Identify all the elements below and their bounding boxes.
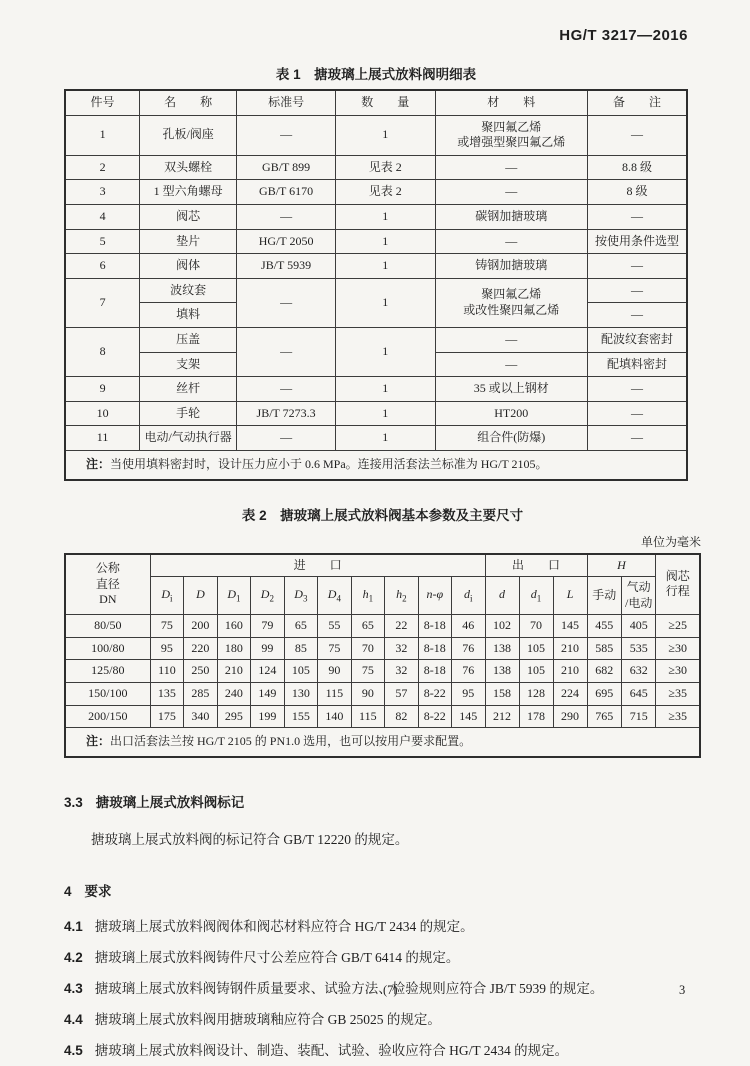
cell: 丝杆: [140, 377, 237, 402]
section-number: 3.3: [64, 795, 83, 810]
cell: 1: [65, 115, 140, 155]
column-header: 备 注: [587, 90, 687, 115]
cell: 支架: [140, 352, 237, 377]
table-row: 1 孔板/阀座 — 1 聚四氟乙烯 或增强型聚四氟乙烯 —: [65, 115, 687, 155]
cell: 8-18: [418, 660, 451, 683]
cell: 160: [217, 615, 250, 638]
dimensions-table: 公称 直径 DN 进 口 出 口 H 阀芯 行程 Di D D1 D2 D3 D…: [64, 553, 701, 758]
cell: 阀芯: [140, 204, 237, 229]
cell: —: [587, 254, 687, 279]
column-header: di: [452, 577, 485, 615]
cell: 1: [336, 327, 436, 376]
cell: 电动/气动执行器: [140, 426, 237, 451]
table-row: 125/80 110 250 210 124 105 90 75 32 8-18…: [65, 660, 700, 683]
cell: 200: [184, 615, 217, 638]
table-row: 80/50 75 200 160 79 65 55 65 22 8-18 46 …: [65, 615, 700, 638]
cell: 8: [65, 327, 140, 376]
table-row: 6 阀体 JB/T 5939 1 铸钢加搪玻璃 —: [65, 254, 687, 279]
table-row: 4 阀芯 — 1 碳钢加搪玻璃 —: [65, 204, 687, 229]
cell: —: [435, 180, 587, 205]
cell: 155: [284, 705, 317, 728]
cell: 138: [485, 660, 519, 683]
cell: 82: [385, 705, 418, 728]
note-text: 当使用填料密封时，设计压力应小于 0.6 MPa。连接用活套法兰标准为 HG/T…: [110, 457, 547, 471]
cell: HT200: [435, 401, 587, 426]
cell: 240: [217, 683, 250, 706]
column-header: 标准号: [237, 90, 336, 115]
cell: 125/80: [65, 660, 150, 683]
cell: 145: [553, 615, 587, 638]
cell: —: [237, 204, 336, 229]
section-number: 4: [64, 884, 72, 899]
column-header: D3: [284, 577, 317, 615]
clause-4-2: 4.2搪玻璃上展式放料阀铸件尺寸公差应符合 GB/T 6414 的规定。: [64, 948, 724, 969]
cell: 76: [452, 637, 485, 660]
cell: —: [587, 401, 687, 426]
table2-note: 注：出口活套法兰按 HG/T 2105 的 PN1.0 选用，也可以按用户要求配…: [65, 728, 700, 757]
cell: 285: [184, 683, 217, 706]
cell: 57: [385, 683, 418, 706]
note-label: 注：: [86, 457, 110, 471]
cell: 250: [184, 660, 217, 683]
cell: 孔板/阀座: [140, 115, 237, 155]
column-header: 数 量: [336, 90, 436, 115]
clause-number: 4.3: [64, 981, 83, 996]
cell: 158: [485, 683, 519, 706]
table-row: 2 双头螺栓 GB/T 899 见表 2 — 8.8 级: [65, 155, 687, 180]
cell: 铸钢加搪玻璃: [435, 254, 587, 279]
cell: 210: [553, 660, 587, 683]
section-4-heading: 4要求: [64, 880, 750, 900]
cell: 765: [587, 705, 621, 728]
column-header: 件号: [65, 90, 140, 115]
column-group-outlet: 出 口: [485, 554, 587, 577]
cell: 22: [385, 615, 418, 638]
cell: —: [237, 327, 336, 376]
cell: 110: [150, 660, 183, 683]
cell: 180: [217, 637, 250, 660]
cell: 聚四氟乙烯 或改性聚四氟乙烯: [435, 278, 587, 327]
table2-title: 表 2 搪玻璃上展式放料阀基本参数及主要尺寸: [64, 504, 701, 524]
cell: 455: [587, 615, 621, 638]
cell: JB/T 7273.3: [237, 401, 336, 426]
cell: 4: [65, 204, 140, 229]
clause-4-1: 4.1搪玻璃上展式放料阀阀体和阀芯材料应符合 HG/T 2434 的规定。: [64, 917, 724, 938]
cell: 682: [587, 660, 621, 683]
clause-text: 搪玻璃上展式放料阀阀体和阀芯材料应符合 HG/T 2434 的规定。: [95, 919, 474, 934]
cell: 149: [251, 683, 284, 706]
cell: —: [237, 426, 336, 451]
cell: 配波纹套密封: [587, 327, 687, 352]
note-label: 注：: [86, 734, 110, 748]
cell: 9: [65, 377, 140, 402]
table-row: 200/150 175 340 295 199 155 140 115 82 8…: [65, 705, 700, 728]
section-3-3-heading: 3.3搪玻璃上展式放料阀标记: [64, 791, 750, 811]
cell: 配填料密封: [587, 352, 687, 377]
cell: —: [587, 278, 687, 303]
cell: 1: [336, 115, 436, 155]
column-group-height: H: [587, 554, 656, 577]
cell: —: [435, 327, 587, 352]
clause-number: 4.1: [64, 919, 83, 934]
standard-number: HG/T 3217—2016: [64, 27, 688, 44]
cell: 压盖: [140, 327, 237, 352]
cell: 1: [336, 229, 436, 254]
cell: 224: [553, 683, 587, 706]
cell: 见表 2: [336, 155, 436, 180]
cell: 405: [621, 615, 655, 638]
cell: 8-18: [418, 615, 451, 638]
cell: 8.8 级: [587, 155, 687, 180]
column-header: Di: [150, 577, 183, 615]
column-header: D: [184, 577, 217, 615]
column-group-inlet: 进 口: [150, 554, 485, 577]
cell: 90: [318, 660, 351, 683]
cell: 波纹套: [140, 278, 237, 303]
cell: 200/150: [65, 705, 150, 728]
table-row: 100/80 95 220 180 99 85 75 70 32 8-18 76…: [65, 637, 700, 660]
cell: 8 级: [587, 180, 687, 205]
clause-4-5: 4.5搪玻璃上展式放料阀设计、制造、装配、试验、验收应符合 HG/T 2434 …: [64, 1041, 724, 1062]
cell: 175: [150, 705, 183, 728]
cell: 碳钢加搪玻璃: [435, 204, 587, 229]
cell: JB/T 5939: [237, 254, 336, 279]
cell: 76: [452, 660, 485, 683]
cell: 85: [284, 637, 317, 660]
column-header: h2: [385, 577, 418, 615]
column-header: D4: [318, 577, 351, 615]
column-header: D1: [217, 577, 250, 615]
cell: 3: [65, 180, 140, 205]
cell: 290: [553, 705, 587, 728]
cell: 340: [184, 705, 217, 728]
column-header: 材 料: [435, 90, 587, 115]
cell: 130: [284, 683, 317, 706]
cell: 8-22: [418, 683, 451, 706]
footer-page-marker: (7): [383, 983, 398, 998]
cell: 双头螺栓: [140, 155, 237, 180]
cell: 组合件(防爆): [435, 426, 587, 451]
cell: ≥35: [656, 705, 700, 728]
cell: 100/80: [65, 637, 150, 660]
clause-number: 4.4: [64, 1012, 83, 1027]
cell: 35 或以上钢材: [435, 377, 587, 402]
table-row: 注：出口活套法兰按 HG/T 2105 的 PN1.0 选用，也可以按用户要求配…: [65, 728, 700, 757]
clause-list: 4.1搪玻璃上展式放料阀阀体和阀芯材料应符合 HG/T 2434 的规定。 4.…: [64, 917, 750, 1062]
cell: 8-18: [418, 637, 451, 660]
column-header: 气动 /电动: [621, 577, 655, 615]
column-header: h1: [351, 577, 384, 615]
cell: 695: [587, 683, 621, 706]
cell: 140: [318, 705, 351, 728]
section-title: 要求: [85, 884, 112, 899]
cell: 115: [351, 705, 384, 728]
cell: 1: [336, 204, 436, 229]
cell: 填料: [140, 303, 237, 328]
column-header-stroke: 阀芯 行程: [656, 554, 700, 615]
cell: 见表 2: [336, 180, 436, 205]
cell: 1: [336, 426, 436, 451]
cell: 90: [351, 683, 384, 706]
cell: 65: [284, 615, 317, 638]
cell: —: [237, 115, 336, 155]
cell: 11: [65, 426, 140, 451]
table-row: 9 丝杆 — 1 35 或以上钢材 —: [65, 377, 687, 402]
table-row: 11 电动/气动执行器 — 1 组合件(防爆) —: [65, 426, 687, 451]
table-row: 7 波纹套 — 1 聚四氟乙烯 或改性聚四氟乙烯 —: [65, 278, 687, 303]
cell: 75: [318, 637, 351, 660]
document-page: HG/T 3217—2016 表 1 搪玻璃上展式放料阀明细表 件号 名 称 标…: [0, 0, 750, 1066]
table-row: 5 垫片 HG/T 2050 1 — 按使用条件选型: [65, 229, 687, 254]
clause-number: 4.2: [64, 950, 83, 965]
cell: —: [587, 377, 687, 402]
cell: 105: [519, 660, 553, 683]
cell: 75: [150, 615, 183, 638]
cell: 按使用条件选型: [587, 229, 687, 254]
cell: 10: [65, 401, 140, 426]
cell: 7: [65, 278, 140, 327]
cell: —: [435, 352, 587, 377]
cell: 199: [251, 705, 284, 728]
cell: 105: [284, 660, 317, 683]
cell: ≥30: [656, 637, 700, 660]
clause-text: 搪玻璃上展式放料阀用搪玻璃釉应符合 GB 25025 的规定。: [95, 1012, 441, 1027]
cell: 6: [65, 254, 140, 279]
clause-number: 4.5: [64, 1043, 83, 1058]
cell: 70: [519, 615, 553, 638]
cell: 8-22: [418, 705, 451, 728]
cell: 65: [351, 615, 384, 638]
cell: GB/T 6170: [237, 180, 336, 205]
cell: 138: [485, 637, 519, 660]
note-text: 出口活套法兰按 HG/T 2105 的 PN1.0 选用，也可以按用户要求配置。: [110, 734, 471, 748]
cell: 178: [519, 705, 553, 728]
cell: 210: [553, 637, 587, 660]
cell: —: [237, 278, 336, 327]
cell: GB/T 899: [237, 155, 336, 180]
cell: 70: [351, 637, 384, 660]
cell: 2: [65, 155, 140, 180]
column-header: n-φ: [418, 577, 451, 615]
cell: —: [587, 303, 687, 328]
cell: 95: [452, 683, 485, 706]
cell: 1: [336, 377, 436, 402]
cell: 手轮: [140, 401, 237, 426]
cell: 垫片: [140, 229, 237, 254]
cell: 55: [318, 615, 351, 638]
table1-title: 表 1 搪玻璃上展式放料阀明细表: [64, 63, 688, 83]
cell: 1 型六角螺母: [140, 180, 237, 205]
cell: 535: [621, 637, 655, 660]
cell: 聚四氟乙烯 或增强型聚四氟乙烯: [435, 115, 587, 155]
cell: 115: [318, 683, 351, 706]
cell: 5: [65, 229, 140, 254]
column-header: d1: [519, 577, 553, 615]
cell: 212: [485, 705, 519, 728]
table-row: 8 压盖 — 1 — 配波纹套密封: [65, 327, 687, 352]
footer-page-number: 3: [679, 983, 685, 998]
section-title: 搪玻璃上展式放料阀标记: [96, 795, 245, 810]
table1-note: 注：当使用填料密封时，设计压力应小于 0.6 MPa。连接用活套法兰标准为 HG…: [65, 450, 687, 479]
cell: 645: [621, 683, 655, 706]
cell: 150/100: [65, 683, 150, 706]
column-header-dn: 公称 直径 DN: [65, 554, 150, 615]
cell: 阀体: [140, 254, 237, 279]
cell: 80/50: [65, 615, 150, 638]
cell: 46: [452, 615, 485, 638]
cell: 124: [251, 660, 284, 683]
table-row: 10 手轮 JB/T 7273.3 1 HT200 —: [65, 401, 687, 426]
cell: 1: [336, 401, 436, 426]
cell: 210: [217, 660, 250, 683]
cell: —: [435, 155, 587, 180]
cell: 32: [385, 637, 418, 660]
table-row: 3 1 型六角螺母 GB/T 6170 见表 2 — 8 级: [65, 180, 687, 205]
cell: 105: [519, 637, 553, 660]
column-header: D2: [251, 577, 284, 615]
cell: 128: [519, 683, 553, 706]
cell: ≥30: [656, 660, 700, 683]
cell: 79: [251, 615, 284, 638]
clause-text: 搪玻璃上展式放料阀设计、制造、装配、试验、验收应符合 HG/T 2434 的规定…: [95, 1043, 568, 1058]
parts-table: 件号 名 称 标准号 数 量 材 料 备 注 1 孔板/阀座 — 1 聚四氟乙烯…: [64, 89, 688, 481]
table-row: 注：当使用填料密封时，设计压力应小于 0.6 MPa。连接用活套法兰标准为 HG…: [65, 450, 687, 479]
cell: 32: [385, 660, 418, 683]
cell: —: [587, 426, 687, 451]
cell: 715: [621, 705, 655, 728]
cell: —: [587, 115, 687, 155]
cell: HG/T 2050: [237, 229, 336, 254]
cell: 220: [184, 637, 217, 660]
cell: 75: [351, 660, 384, 683]
cell: 585: [587, 637, 621, 660]
column-header: 手动: [587, 577, 621, 615]
cell: —: [587, 204, 687, 229]
cell: ≥35: [656, 683, 700, 706]
section-3-3-body: 搪玻璃上展式放料阀的标记符合 GB/T 12220 的规定。: [64, 830, 700, 850]
cell: 1: [336, 254, 436, 279]
cell: —: [237, 377, 336, 402]
clause-4-4: 4.4搪玻璃上展式放料阀用搪玻璃釉应符合 GB 25025 的规定。: [64, 1010, 724, 1031]
column-header: 名 称: [140, 90, 237, 115]
cell: —: [435, 229, 587, 254]
column-header: d: [485, 577, 519, 615]
column-header: L: [553, 577, 587, 615]
cell: 102: [485, 615, 519, 638]
table-row: 150/100 135 285 240 149 130 115 90 57 8-…: [65, 683, 700, 706]
clause-text: 搪玻璃上展式放料阀铸钢件质量要求、试验方法、检验规则应符合 JB/T 5939 …: [95, 981, 604, 996]
unit-label: 单位为毫米: [64, 533, 701, 550]
cell: 99: [251, 637, 284, 660]
cell: 632: [621, 660, 655, 683]
cell: ≥25: [656, 615, 700, 638]
cell: 1: [336, 278, 436, 327]
clause-text: 搪玻璃上展式放料阀铸件尺寸公差应符合 GB/T 6414 的规定。: [95, 950, 460, 965]
cell: 145: [452, 705, 485, 728]
cell: 295: [217, 705, 250, 728]
cell: 95: [150, 637, 183, 660]
cell: 135: [150, 683, 183, 706]
